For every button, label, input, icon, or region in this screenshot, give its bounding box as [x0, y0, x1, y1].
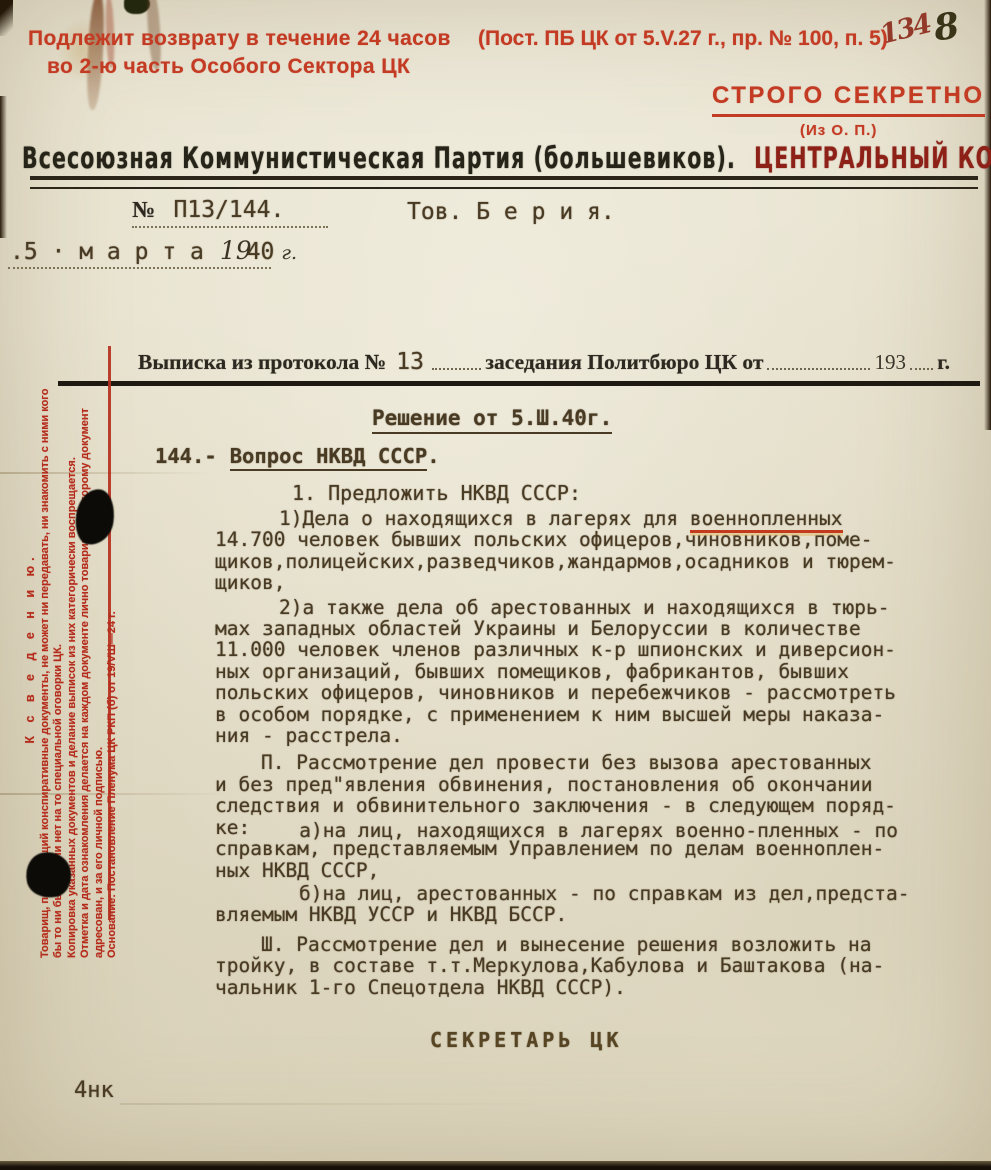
body-line: Ш. Рассмотрение дел и вынесение решения …	[215, 934, 909, 955]
folio-number-ink: 8	[931, 4, 962, 49]
handwritten-folio: 134 8	[872, 6, 982, 58]
protocol-year-suffix: г.	[937, 350, 950, 375]
signature-line: СЕКРЕТАРЬ ЦК	[430, 1028, 623, 1052]
body-line: ния - расстрела.	[215, 725, 909, 746]
agenda-item-dot: .	[427, 444, 439, 468]
document-page: 134 8 Подлежит возврату в течение 24 час…	[0, 0, 991, 1170]
letterhead-committee: ЦЕНТРАЛЬНЫЙ КОМИТЕТ	[754, 141, 991, 175]
return-notice-line2: во 2-ю часть Особого Сектора ЦК	[47, 54, 451, 80]
page-edge-shadow	[0, 96, 7, 238]
date-typed: .5 · м а р т а	[10, 239, 204, 265]
side-stamp-line: Отметка и дата ознакомления делается на …	[79, 338, 93, 958]
number-sign: №	[132, 197, 155, 222]
letterhead: Всесоюзная Коммунистическая Партия (боль…	[22, 141, 991, 175]
dotted-leader	[910, 368, 933, 370]
protocol-line: Выписка из протокола № 13 заседания Поли…	[138, 349, 950, 375]
date-line: .5 · м а р т а1940г.	[10, 236, 297, 265]
return-notice: Подлежит возврату в течение 24 часов во …	[28, 26, 451, 80]
dotted-line	[132, 226, 328, 228]
horizontal-rule	[58, 381, 980, 386]
body-text: ке:	[215, 816, 250, 839]
body-line: 11.000 человек членов различных к-р шпио…	[215, 639, 909, 660]
side-stamp-line: Основание: Постановление Пленума ЦК РКП …	[106, 338, 120, 958]
section-1-heading: 1. Предложить НКВД СССР:	[292, 481, 581, 505]
decision-heading: Решение от 5.Ш.40г.	[372, 406, 612, 434]
document-number-value: П13/144.	[174, 197, 285, 223]
page-edge-shadow	[0, 0, 13, 36]
body-line: 1)Дела о находящихся в лагерях для военн…	[215, 508, 909, 529]
letterhead-double-rule	[30, 176, 978, 189]
typist-copy-mark: 4нк	[74, 1078, 114, 1103]
letterhead-party-name: Всесоюзная Коммунистическая Партия (боль…	[22, 141, 736, 175]
decision-body: 1)Дела о находящихся в лагерях для военн…	[215, 508, 909, 998]
agenda-item-number: 144.-	[155, 444, 217, 468]
date-year-suffix: г.	[281, 242, 297, 264]
body-line: мах западных областей Украины и Белорусс…	[215, 618, 909, 639]
body-text: а)на лиц, находящихся в лагерях военно-п…	[299, 820, 898, 841]
body-line: ных НКВД СССР,	[215, 860, 909, 881]
regulation-reference: (Пост. ПБ ЦК от 5.V.27 г., пр. № 100, п.…	[478, 27, 888, 51]
protocol-part1: Выписка из протокола №	[138, 350, 386, 375]
protocol-part2: заседания Политбюро ЦК от	[485, 350, 763, 375]
body-line: П. Рассмотрение дел провести без вызова …	[215, 752, 909, 773]
body-line: в особом порядке, с применением к ним вы…	[215, 704, 909, 725]
addressee: Тов. Б е р и я.	[407, 199, 615, 225]
secrecy-stamp-sub: (Из О. П.)	[800, 122, 877, 139]
paper-crease	[120, 1103, 540, 1105]
agenda-item-title: Вопрос НКВД СССР	[230, 444, 427, 471]
document-number: № П13/144.	[132, 196, 284, 223]
body-line: тройку, в составе т.т.Меркулова,Кабулова…	[215, 955, 909, 976]
protocol-year: 193	[874, 350, 906, 375]
page-edge-shadow	[984, 0, 991, 430]
body-line: ке:а)на лиц, находящихся в лагерях военн…	[215, 817, 909, 838]
body-line: щиков,	[215, 572, 909, 593]
body-line: польских офицеров, чиновников и перебежч…	[215, 682, 909, 703]
dotted-leader	[432, 368, 481, 370]
body-line: следствия и обвинительного заключения - …	[215, 795, 909, 816]
dotted-line	[8, 267, 271, 269]
protocol-number: 13	[396, 349, 424, 375]
body-line: 14.700 человек бывших польских офицеров,…	[215, 529, 909, 550]
body-line: 2)а также дела об арестованных и находящ…	[215, 597, 909, 618]
agenda-item-heading: 144.-Вопрос НКВД СССР.	[155, 444, 440, 468]
body-line: б)на лиц, арестованных - по справкам из …	[215, 883, 909, 904]
body-line: чальник 1-го Спецотдела НКВД СССР).	[215, 977, 909, 998]
dotted-leader	[767, 368, 870, 370]
body-text: 1)Дела о находящихся в лагерях для	[279, 507, 690, 530]
return-notice-line1: Подлежит возврату в течение 24 часов	[28, 26, 451, 52]
date-typed-year: 40	[247, 239, 275, 265]
side-stamp-line: адресован, и за его личной подписью.	[93, 338, 107, 958]
page-edge-shadow	[0, 1161, 991, 1170]
secrecy-stamp: СТРОГО СЕКРЕТНО	[712, 82, 985, 117]
body-line: ных организаций, бывших помещиков, фабри…	[215, 661, 909, 682]
body-line: щиков,полицейских,разведчиков,жандармов,…	[215, 551, 909, 572]
body-line: вляемым НКВД УССР и НКВД БССР.	[215, 904, 909, 925]
body-line: и без пред"явления обвинения, постановле…	[215, 774, 909, 795]
